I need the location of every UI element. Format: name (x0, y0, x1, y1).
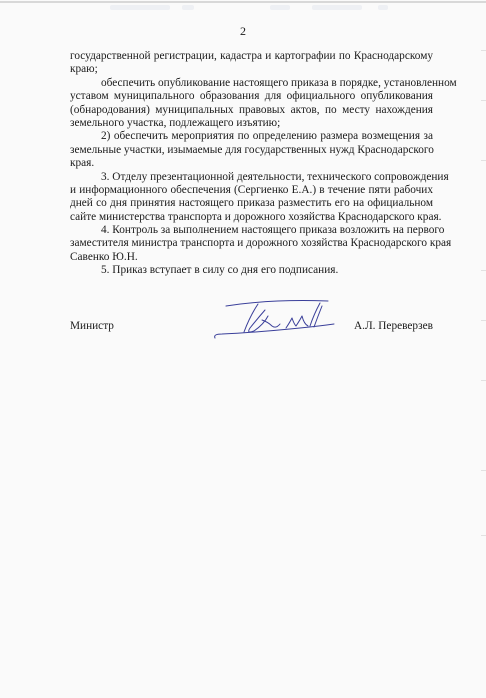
text-line: государственной регистрации, кадастра и … (70, 50, 433, 63)
bleed-through-mark (110, 5, 170, 10)
text-line: заместителя министра транспорта и дорожн… (70, 237, 433, 250)
signatory-name: А.Л. Переверзев (354, 320, 433, 332)
text-line: уставом муниципального образования для о… (70, 90, 433, 103)
document-body: государственной регистрации, кадастра и … (70, 50, 433, 278)
text-line: обеспечить опубликование настоящего прик… (70, 77, 433, 90)
text-line: и информационного обеспечения (Сергиенко… (70, 184, 433, 197)
text-line: 2) обеспечить мероприятия по определению… (70, 130, 433, 143)
scan-top-edge (0, 1, 486, 3)
text-line: краю; (70, 63, 433, 76)
text-line: 3. Отделу презентационной деятельности, … (70, 171, 433, 184)
text-line: 4. Контроль за выполнением настоящего пр… (70, 224, 433, 237)
text-line: (обнародования) муниципальных правовых а… (70, 104, 433, 117)
signatory-title: Министр (70, 320, 114, 332)
text-line: Савенко Ю.Н. (70, 251, 433, 264)
text-line: земельного участка, подлежащего изъятию; (70, 117, 433, 130)
text-line: земельные участки, изымаемые для государ… (70, 144, 433, 157)
bleed-through-mark (312, 5, 362, 10)
bleed-through-mark (378, 5, 388, 10)
bleed-through-mark (182, 5, 194, 10)
page-number: 2 (0, 24, 486, 39)
scan-edge-marks (480, 0, 486, 698)
text-line: 5. Приказ вступает в силу со дня его под… (70, 264, 433, 277)
text-line: дней со дня принятия настоящего приказа … (70, 197, 433, 210)
bleed-through-mark (270, 5, 290, 10)
handwritten-signature-icon (210, 296, 340, 342)
text-line: края. (70, 157, 433, 170)
text-line: сайте министерства транспорта и дорожног… (70, 211, 433, 224)
